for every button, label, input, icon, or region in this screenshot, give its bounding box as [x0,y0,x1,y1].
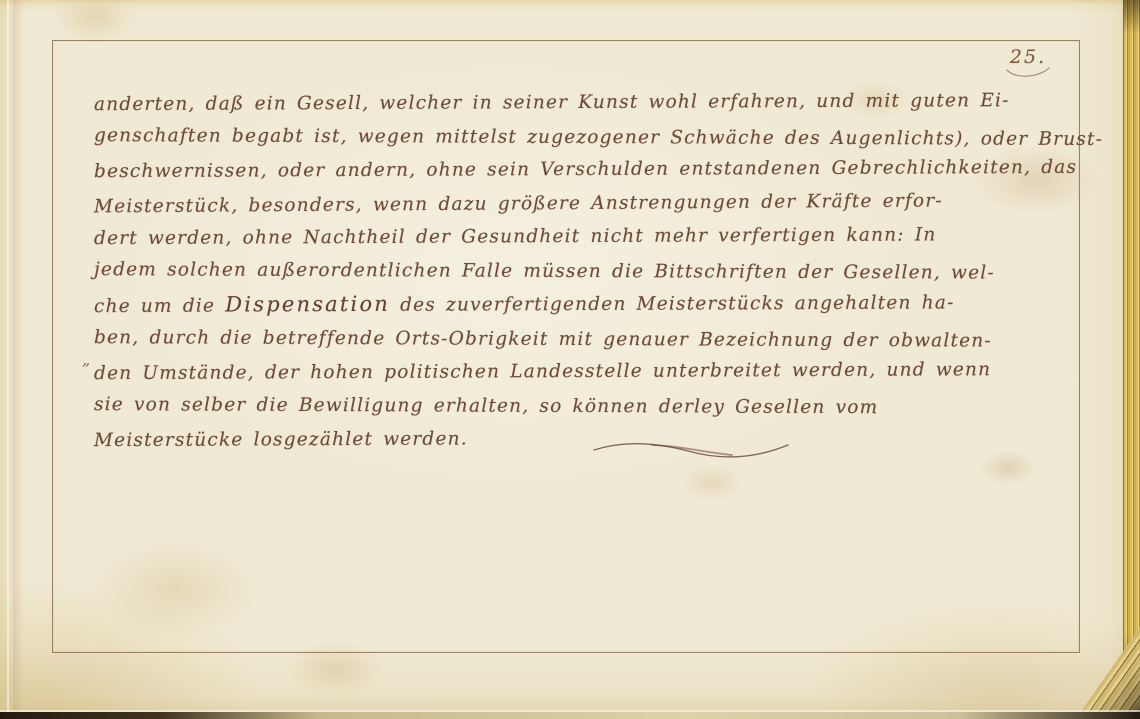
margin-quote-mark: „ [82,350,90,369]
binding-shadow [13,0,23,719]
bottom-page-edge [0,712,1140,719]
manuscript-line: jedem solchen außerordentlichen Falle mü… [94,253,1069,290]
manuscript-line: dert werden, ohne Nachtheil der Gesundhe… [94,218,1069,256]
manuscript-line-segment: des zuverfertigenden Meisterstücks angeh… [390,292,955,315]
manuscript-line: Meisterstücke losgezählet werden. [94,420,1069,458]
gilt-page-edges [1123,0,1140,719]
latin-script-word: Dispensation [225,292,390,317]
manuscript-line: anderten, daß ein Gesell, welcher in sei… [94,84,1069,122]
page-number: 25. [1000,46,1056,79]
manuscript-line: genschaften begabt ist, wegen mittelst z… [94,119,1069,156]
handwritten-text-block: anderten, daß ein Gesell, welcher in sei… [94,86,1069,456]
corner-page-edges [1076,627,1140,719]
binding-crease [7,0,9,719]
manuscript-line: Meisterstück, besonders, wenn dazu größe… [94,183,1069,223]
manuscript-page: 25. anderten, daß ein Gesell, welcher in… [0,0,1140,719]
manuscript-line: che um die Dispensation des zuverfertige… [94,285,1069,324]
manuscript-line: den Umstände, der hohen politischen Land… [94,353,1069,391]
manuscript-line-segment: che um die [94,296,225,318]
page-number-text: 25. [1010,46,1046,68]
manuscript-line: beschwernissen, oder andern, ohne sein V… [94,151,1069,189]
manuscript-line: ben, durch die betreffende Orts-Obrigkei… [94,321,1069,358]
manuscript-line: sie von selber die Bewilligung erhalten,… [94,388,1069,425]
end-flourish-icon [592,438,792,462]
